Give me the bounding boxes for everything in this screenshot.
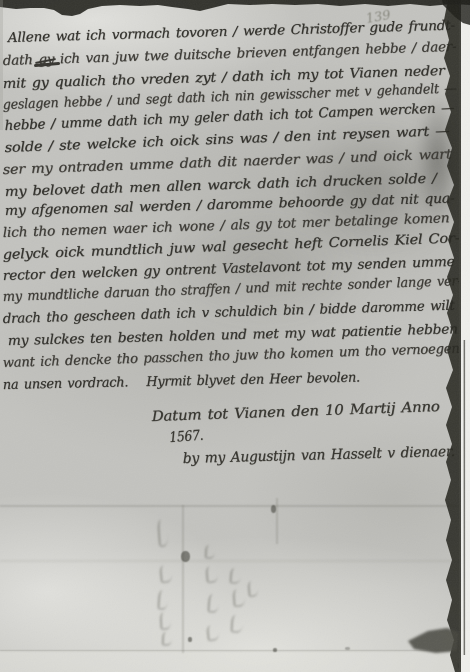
- ink-speck: [345, 647, 350, 650]
- ink-showthrough-mark: [159, 564, 173, 583]
- ink-showthrough-mark: [205, 545, 216, 560]
- signature-line: by my Augustijn van Hasselt v dienaer.: [183, 444, 455, 468]
- fold-crease: [0, 560, 470, 562]
- fold-crease: [0, 650, 470, 652]
- ink-showthrough-mark: [247, 581, 258, 598]
- manuscript-line: na unsen vordrach. Hyrmit blyvet den Hee…: [3, 370, 360, 394]
- year-line: 1567.: [169, 428, 204, 447]
- ink-showthrough-mark: [157, 590, 168, 611]
- scan-white-margin: [459, 0, 470, 672]
- paper-light-band: [0, 651, 470, 672]
- ink-showthrough-mark: [157, 519, 169, 548]
- ink-showthrough-mark: [207, 594, 219, 614]
- ink-showthrough-mark: [206, 624, 220, 641]
- ink-showthrough-line: [182, 505, 184, 653]
- scan-edge-top: [0, 0, 470, 16]
- ink-speck: [181, 551, 190, 562]
- dateline: Datum tot Vianen den 10 Martij Anno: [151, 399, 439, 426]
- ink-showthrough-line: [276, 498, 278, 544]
- scan-blob-bottomright: [408, 628, 459, 653]
- scan-edge-line: [464, 340, 466, 655]
- ink-showthrough-mark: [229, 568, 241, 585]
- ink-showthrough-mark: [205, 566, 218, 584]
- ink-showthrough-mark: [232, 589, 245, 608]
- ink-speck: [458, 663, 463, 668]
- manuscript-page: 139 Allene wat ich vormach tovoren / wer…: [0, 0, 470, 672]
- ink-speck: [271, 505, 276, 513]
- ink-showthrough-mark: [231, 615, 244, 634]
- ink-showthrough-mark: [160, 612, 172, 631]
- ink-speck: [273, 648, 277, 652]
- ink-speck: [188, 637, 192, 642]
- ink-showthrough-mark: [162, 632, 172, 646]
- fold-crease: [0, 505, 470, 507]
